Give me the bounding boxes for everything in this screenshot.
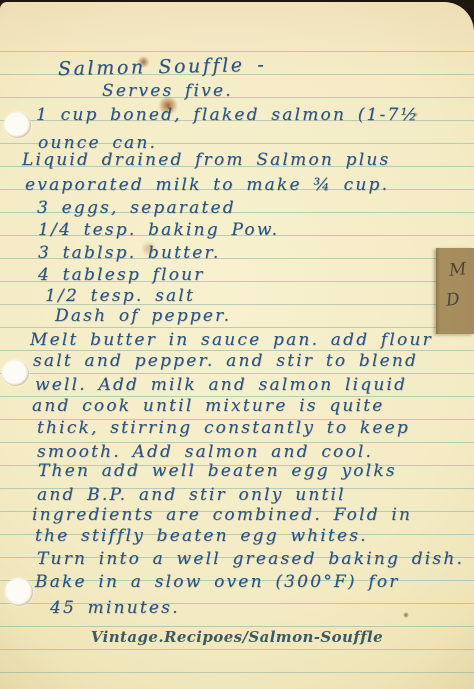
instruction-line: the stiffly beaten egg whites. bbox=[35, 526, 368, 547]
ingredient-line: Liquid drained from Salmon plus bbox=[22, 150, 390, 171]
punch-hole bbox=[2, 360, 29, 386]
notebook-paper: Salmon Souffle - Serves five. 1 cup bone… bbox=[0, 2, 474, 689]
watermark-text: Vintage.Recipoes/Salmon-Souffle bbox=[0, 628, 474, 646]
instruction-line: ingredients are combined. Fold in bbox=[32, 505, 412, 526]
tape-note-line2: D bbox=[445, 289, 462, 310]
instruction-line: thick, stirring constantly to keep bbox=[37, 418, 410, 439]
instruction-line: well. Add milk and salmon liquid bbox=[35, 375, 407, 396]
tape-note-line1: M bbox=[448, 259, 468, 281]
recipe-title: Salmon Souffle - bbox=[58, 55, 267, 80]
ingredient-line: Dash of pepper. bbox=[55, 306, 231, 327]
ingredient-line: 1/4 tesp. baking Pow. bbox=[38, 220, 279, 241]
recipe-photo: Salmon Souffle - Serves five. 1 cup bone… bbox=[0, 0, 474, 689]
instruction-line: and cook until mixture is quite bbox=[32, 396, 385, 417]
instruction-line: 45 minutes. bbox=[50, 598, 180, 619]
punch-hole bbox=[5, 578, 33, 606]
instruction-line: Then add well beaten egg yolks bbox=[38, 461, 397, 482]
ingredient-line: 3 eggs, separated bbox=[37, 198, 236, 219]
instruction-line: Melt butter in sauce pan. add flour bbox=[30, 330, 433, 351]
recipe-servings: Serves five. bbox=[102, 81, 233, 102]
ingredient-line: 1/2 tesp. salt bbox=[45, 286, 195, 307]
ingredient-line: 4 tablesp flour bbox=[38, 265, 205, 286]
ingredient-line: 1 cup boned, flaked salmon (1-7½ bbox=[36, 105, 419, 126]
instruction-line: and B.P. and stir only until bbox=[37, 485, 346, 506]
tape-label: M D bbox=[436, 248, 474, 334]
instruction-line: salt and pepper. and stir to blend bbox=[33, 351, 418, 372]
instruction-line: Bake in a slow oven (300°F) for bbox=[35, 572, 400, 593]
ingredient-line: evaporated milk to make ¾ cup. bbox=[25, 175, 389, 196]
instruction-line: smooth. Add salmon and cool. bbox=[37, 442, 373, 463]
ingredient-line: 3 tablsp. butter. bbox=[38, 243, 221, 264]
instruction-line: Turn into a well greased baking dish. bbox=[37, 549, 464, 570]
punch-hole bbox=[4, 112, 31, 138]
